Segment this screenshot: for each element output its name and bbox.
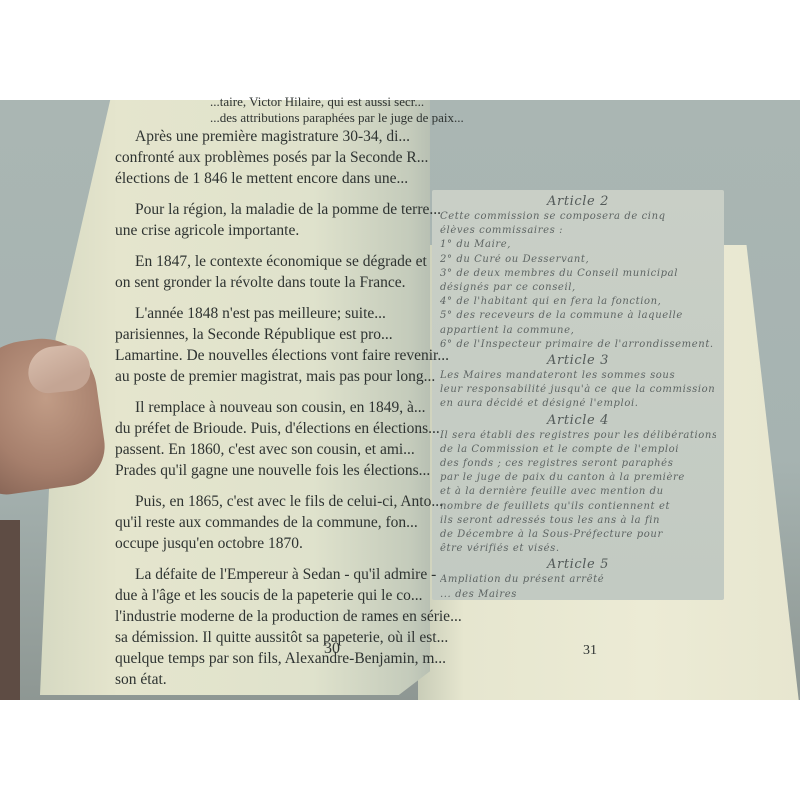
manuscript-line: 2° du Curé ou Desservant, [440,254,716,268]
text-line: Puis, en 1865, c'est avec le fils de cel… [115,491,425,512]
paragraph: Puis, en 1865, c'est avec le fils de cel… [115,491,425,554]
manuscript-article-heading: Article 3 [432,353,724,367]
text-line: quelque temps par son fils, Alexandre-Be… [115,648,425,669]
top-partial-lines: ...taire, Victor Hilaire, qui est aussi … [210,94,425,126]
text-line: Lamartine. De nouvelles élections vont f… [115,345,425,366]
manuscript-line: Cette commission se composera de cinq [440,211,716,225]
text-line: Après une première magistrature 30-34, d… [115,126,425,147]
page-number-right: 31 [583,643,597,659]
text-line: l'industrie moderne de la production de … [115,606,425,627]
manuscript-line: par le juge de paix du canton à la premi… [440,472,716,486]
text-line: Prades qu'il gagne une nouvelle fois les… [115,460,425,481]
manuscript-line: Il sera établi des registres pour les dé… [440,430,716,444]
text-line: En 1847, le contexte économique se dégra… [115,251,425,272]
text-line: Il remplace à nouveau son cousin, en 184… [115,397,425,418]
manuscript-line: 4° de l'habitant qui en fera la fonction… [440,296,716,310]
manuscript-line: et à la dernière feuille avec mention du [440,486,716,500]
manuscript-line: en aura décidé et désigné l'emploi. [440,398,716,412]
manuscript-line: nombre de feuillets qu'ils contiennent e… [440,501,716,515]
manuscript-line: de Décembre à la Sous-Préfecture pour [440,529,716,543]
manuscript-line: 5° des receveurs de la commune à laquell… [440,310,716,324]
text-line: occupe jusqu'en octobre 1870. [115,533,425,554]
manuscript-line: des fonds ; ces registres seront paraphé… [440,458,716,472]
manuscript-article-heading: Article 2 [432,194,724,208]
paragraph: Pour la région, la maladie de la pomme d… [115,199,425,241]
page-number-left: 30 [324,640,340,658]
paragraph: Après une première magistrature 30-34, d… [115,126,425,189]
paragraph: Il remplace à nouveau son cousin, en 184… [115,397,425,481]
manuscript-line: être vérifiés et visés. [440,543,716,557]
text-line: La défaite de l'Empereur à Sedan - qu'il… [115,564,425,585]
text-line: qu'il reste aux commandes de la commune,… [115,512,425,533]
text-line: du préfet de Brioude. Puis, d'élections … [115,418,425,439]
text-line: confronté aux problèmes posés par la Sec… [115,147,425,168]
text-line: L'année 1848 n'est pas meilleure; suite.… [115,303,425,324]
manuscript-line: ... des Maires [440,589,716,603]
text-line: au poste de premier magistrat, mais pas … [115,366,425,387]
text-line: parisiennes, la Seconde République est p… [115,324,425,345]
book-cover-edge [0,520,20,700]
manuscript-line: de la Commission et le compte de l'emplo… [440,444,716,458]
manuscript-line: 6° de l'Inspecteur primaire de l'arrondi… [440,339,716,353]
text-line: due à l'âge et les soucis de la papeteri… [115,585,425,606]
paragraph: En 1847, le contexte économique se dégra… [115,251,425,293]
paragraph: La défaite de l'Empereur à Sedan - qu'il… [115,564,425,690]
manuscript-line: désignés par ce conseil, [440,282,716,296]
manuscript-line: Les Maires mandateront les sommes sous [440,370,716,384]
manuscript-article-heading: Article 5 [432,557,724,571]
text-line: Pour la région, la maladie de la pomme d… [115,199,425,220]
paragraph: L'année 1848 n'est pas meilleure; suite.… [115,303,425,387]
text-line: sa démission. Il quitte aussitôt sa pape… [115,627,425,648]
left-page-text: ...taire, Victor Hilaire, qui est aussi … [115,100,425,580]
manuscript-line: 3° de deux membres du Conseil municipal [440,268,716,282]
manuscript-article-heading: Article 4 [432,413,724,427]
manuscript-line: leur responsabilité jusqu'à ce que la co… [440,384,716,398]
text-line: passent. En 1860, c'est avec son cousin,… [115,439,425,460]
manuscript-line: Ampliation du présent arrêté [440,574,716,588]
manuscript-line: 1° du Maire, [440,239,716,253]
text-line: on sent gronder la révolte dans toute la… [115,272,425,293]
manuscript-line: élèves commissaires : [440,225,716,239]
text-line: son état. [115,669,425,690]
text-line: élections de 1 846 le mettent encore dan… [115,168,425,189]
text-line: une crise agricole importante. [115,220,425,241]
handwritten-document: Article 2Cette commission se composera d… [432,190,724,600]
manuscript-line: ils seront adressés tous les ans à la fi… [440,515,716,529]
manuscript-line: appartient la commune, [440,325,716,339]
